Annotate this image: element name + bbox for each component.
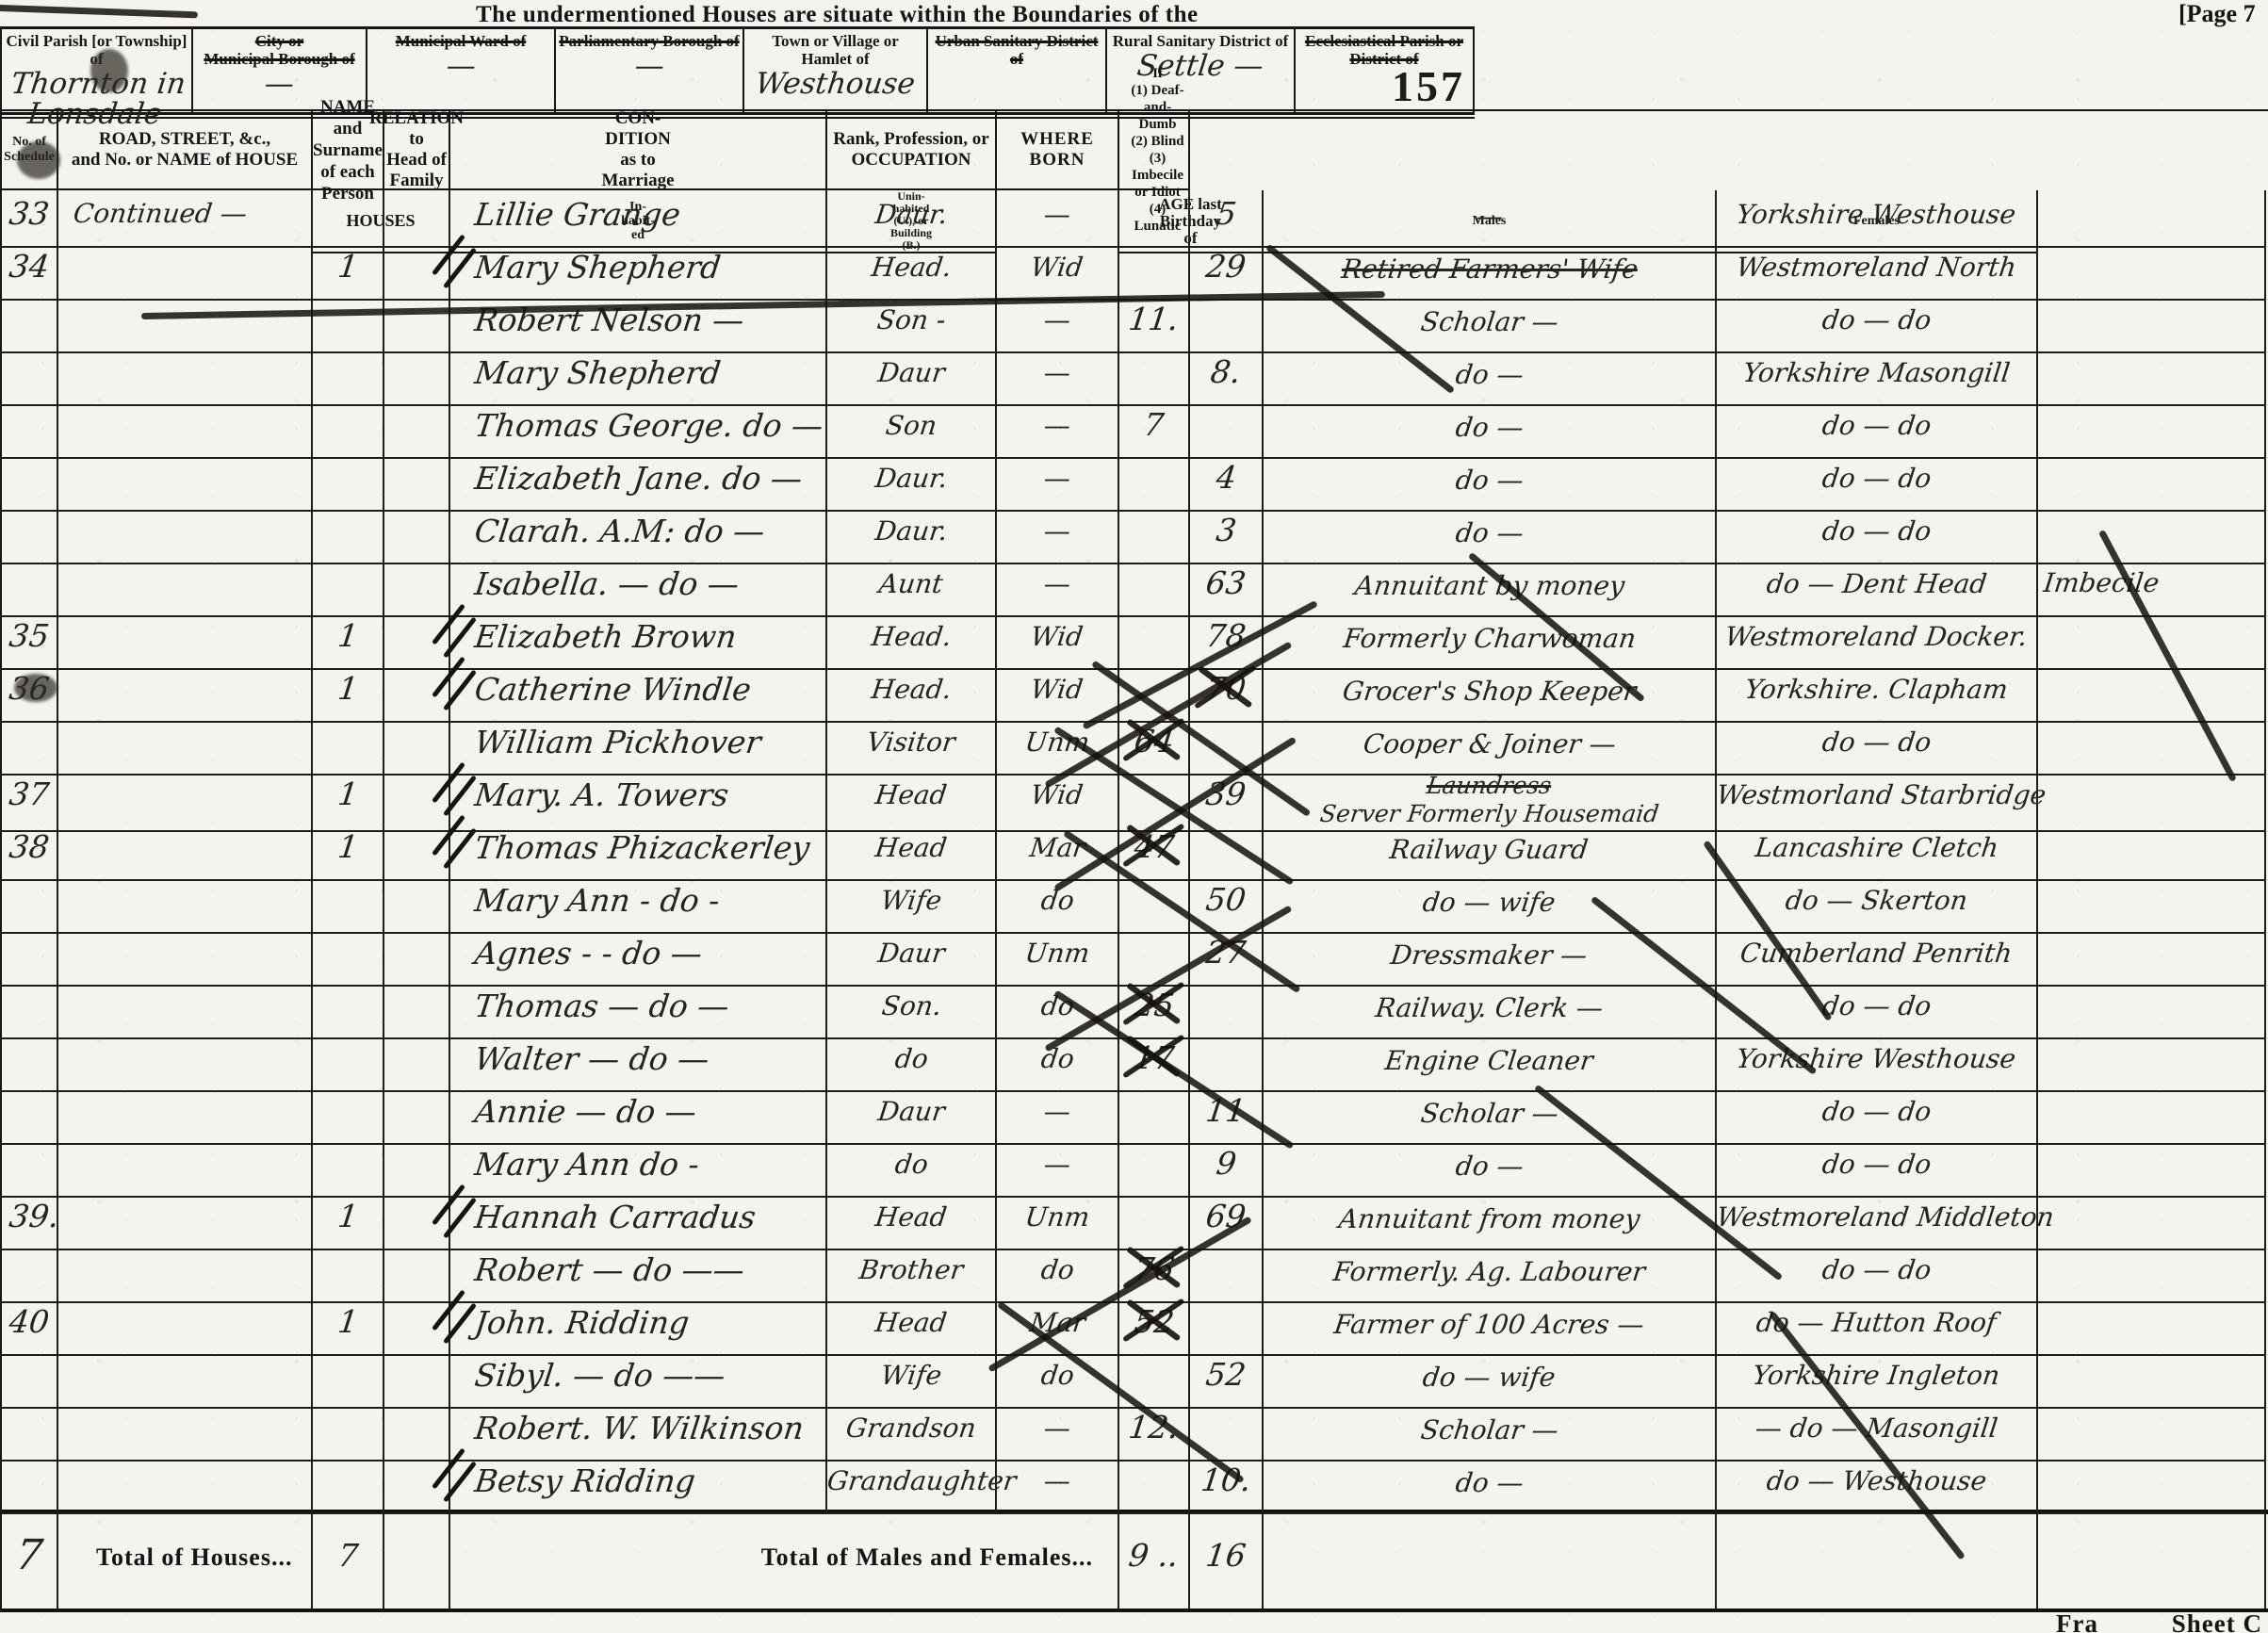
census-row: Thomas George. do —Son—7do —do — do: [2, 401, 2268, 454]
road-cell: [58, 1035, 313, 1092]
relation: Daur: [875, 1087, 948, 1136]
inhabited-cell: [313, 401, 384, 459]
birthplace-cell: Yorkshire Westhouse: [1717, 1035, 2038, 1092]
inhabited-cell: [313, 982, 384, 1039]
header-infirmity: If (1) Deaf-and-Dumb (2) Blind (3) Imbec…: [1119, 111, 1190, 190]
census-row: 33Continued —Lillie GrangeDaur.—5—Yorksh…: [2, 190, 2268, 243]
condition-cell: —: [997, 401, 1119, 459]
person-name: Thomas — do —: [472, 982, 732, 1031]
occupation: Formerly. Ag. Labourer: [1330, 1249, 1648, 1296]
census-row: Clarah. A.M: do —Daur.—3do —do — do: [2, 507, 2268, 560]
header-road: ROAD, STREET, &c., and No. or NAME of HO…: [58, 111, 313, 190]
name-cell: Thomas Phizackerley: [450, 824, 827, 881]
occupation: do —: [1453, 510, 1526, 557]
inhabited-cell: [313, 1035, 384, 1092]
birthplace-cell: Yorkshire Westhouse: [1717, 190, 2038, 248]
uninhabited-cell: [384, 1351, 450, 1409]
relation: Head.: [869, 612, 955, 661]
name-cell: Betsy Ridding: [450, 1457, 827, 1514]
page-number: [Page 7: [2178, 0, 2256, 28]
name-cell: Hannah Carradus: [450, 1193, 827, 1250]
age-female-cell: 4: [1190, 454, 1264, 512]
birthplace-cell: Yorkshire Ingleton: [1717, 1351, 2038, 1409]
uninhabited-cell: [384, 929, 450, 987]
uninhabited-cell: [384, 190, 450, 248]
age-female-cell: [1190, 401, 1264, 459]
condition: —: [1041, 1140, 1073, 1189]
occupation-cell: do —: [1264, 349, 1717, 406]
inhabited-mark: 1: [334, 771, 360, 818]
road-cell: [58, 1457, 313, 1514]
person-name: Betsy Ridding: [472, 1457, 698, 1506]
relation: Aunt: [876, 560, 946, 609]
inhabited-cell: [313, 1087, 384, 1145]
relation-cell: Grandson: [827, 1404, 997, 1462]
road-cell: [58, 401, 313, 459]
total-females: 16: [1201, 1514, 1251, 1597]
infirmity: Imbecile: [2041, 560, 2162, 607]
occupation: Retired Farmers' Wife: [1338, 246, 1640, 293]
relation: Head: [873, 1193, 950, 1242]
occupation: Farmer of 100 Acres —: [1331, 1301, 1647, 1348]
birthplace-cell: Cumberland Penrith: [1717, 929, 2038, 987]
road-cell: [58, 876, 313, 934]
schedule-number-cell: 34: [2, 243, 58, 301]
occupation-cell: Railway. Clerk —: [1264, 982, 1717, 1039]
age-male: 52: [1131, 1298, 1176, 1346]
schedule-number-cell: [2, 1351, 58, 1409]
person-name: Sibyl. — do ——: [472, 1351, 728, 1400]
condition-cell: Wid: [997, 612, 1119, 670]
occupation-cell: Scholar —: [1264, 296, 1717, 353]
relation: Head: [873, 1298, 950, 1347]
district-cell: Town or Village or Hamlet ofWesthouse: [744, 29, 928, 112]
inhabited-cell: [313, 507, 384, 564]
name-cell: William Pickhover: [450, 718, 827, 776]
schedule-number-cell: 39.: [2, 1193, 58, 1250]
condition-cell: —: [997, 1404, 1119, 1462]
uninhabited-cell: [384, 454, 450, 512]
condition: Unm: [1022, 1193, 1093, 1242]
occupation-cell: do —: [1264, 1457, 1717, 1514]
uninhabited-cell: [384, 824, 450, 881]
birthplace-cell: do — Westhouse: [1717, 1457, 2038, 1514]
relation-cell: do: [827, 1035, 997, 1092]
person-name: Isabella. — do —: [472, 560, 742, 609]
occupation: Cooper & Joiner —: [1361, 721, 1619, 768]
age-male-cell: [1119, 1457, 1190, 1514]
district-label: Urban Sanitary District of: [928, 32, 1105, 68]
infirmity-cell: [2038, 1246, 2266, 1303]
birthplace: Westmoreland North: [1734, 243, 2019, 292]
road-cell: [58, 1193, 313, 1250]
road-name: Continued —: [71, 190, 250, 237]
age-female: 3: [1213, 507, 1238, 554]
name-cell: Mary Ann do -: [450, 1140, 827, 1198]
district-label: Parliamentary Borough of: [556, 32, 742, 50]
person-name: Elizabeth Jane. do —: [472, 454, 805, 503]
district-label: City or Municipal Borough of: [193, 32, 366, 68]
schedule-number-cell: [2, 1457, 58, 1514]
inhabited-cell: [313, 349, 384, 406]
relation-cell: Daur.: [827, 454, 997, 512]
age-male-cell: 52: [1119, 1298, 1190, 1356]
person-name: Robert. W. Wilkinson: [472, 1404, 807, 1453]
relation: Daur.: [873, 454, 951, 503]
district-cell: Ecclesiastical Parish or District of157: [1296, 29, 1475, 112]
census-row: Sibyl. — do ——Wifedo52do — wifeYorkshire…: [2, 1351, 2268, 1404]
occupation: Scholar —: [1418, 299, 1561, 346]
condition-cell: —: [997, 1140, 1119, 1198]
person-name: William Pickhover: [472, 718, 764, 767]
uninhabited-cell: [384, 1140, 450, 1198]
birthplace-cell: do — do: [1717, 1246, 2038, 1303]
age-female: 8.: [1208, 349, 1244, 396]
condition-cell: —: [997, 507, 1119, 564]
occupation-cell: Engine Cleaner: [1264, 1035, 1717, 1092]
schedule-number-cell: 33: [2, 190, 58, 248]
infirmity-cell: [2038, 1404, 2266, 1462]
column-headers: No. of Schedule ROAD, STREET, &c., and N…: [2, 109, 2268, 190]
name-cell: Clarah. A.M: do —: [450, 507, 827, 564]
occupation-cell: do — wife: [1264, 876, 1717, 934]
person-name: Mary Shepherd: [472, 243, 724, 292]
person-name: Thomas George. do —: [472, 401, 826, 450]
road-cell: [58, 454, 313, 512]
relation: Son.: [878, 982, 943, 1031]
age-male-cell: 25: [1119, 982, 1190, 1039]
person-name: Mary Shepherd: [472, 349, 724, 398]
uninhabited-cell: [384, 401, 450, 459]
inhabited-mark: 1: [334, 1298, 360, 1346]
infirmity-cell: [2038, 349, 2266, 406]
road-cell: [58, 296, 313, 353]
age-male-cell: [1119, 929, 1190, 987]
uninhabited-cell: [384, 296, 450, 353]
schedule-number: 37: [7, 771, 52, 818]
age-male: 7: [1141, 401, 1167, 449]
census-row: Agnes - - do —DaurUnm27Dressmaker —Cumbe…: [2, 929, 2268, 982]
condition: Wid: [1028, 665, 1086, 714]
person-name: Lillie Grange: [472, 190, 683, 239]
condition: —: [1041, 454, 1073, 503]
infirmity-cell: [2038, 824, 2266, 881]
occupation-cell: Grocer's Shop Keeper: [1264, 665, 1717, 723]
schedule-number: 40: [7, 1298, 52, 1346]
person-name: John. Ridding: [472, 1298, 693, 1347]
schedule-number-cell: 40: [2, 1298, 58, 1356]
birthplace-cell: Yorkshire. Clapham: [1717, 665, 2038, 723]
occupation: Dressmaker —: [1388, 932, 1590, 979]
inhabited-mark: 1: [334, 612, 360, 660]
uninhabited-cell: [384, 1404, 450, 1462]
age-male-cell: 7: [1119, 401, 1190, 459]
birthplace-cell: do — do: [1717, 718, 2038, 776]
name-cell: Elizabeth Jane. do —: [450, 454, 827, 512]
relation-cell: Daur: [827, 1087, 997, 1145]
relation: Wife: [878, 876, 945, 925]
census-row: Isabella. — do —Aunt—63Annuitant by mone…: [2, 560, 2268, 612]
name-cell: Robert — do ——: [450, 1246, 827, 1303]
census-rows: 33Continued —Lillie GrangeDaur.—5—Yorksh…: [2, 190, 2268, 1510]
schedule-number-cell: [2, 1087, 58, 1145]
person-name: Robert — do ——: [472, 1246, 747, 1295]
age-female-cell: [1190, 1246, 1264, 1303]
birthplace: do — do: [1819, 454, 1934, 503]
relation-cell: Head: [827, 824, 997, 881]
birthplace: Yorkshire Masongill: [1740, 349, 2013, 398]
uninhabited-cell: [384, 349, 450, 406]
road-cell: [58, 243, 313, 301]
age-male-cell: [1119, 349, 1190, 406]
schedule-number-cell: [2, 929, 58, 987]
age-male-cell: [1119, 1087, 1190, 1145]
name-cell: Catherine Windle: [450, 665, 827, 723]
schedule-number-cell: [2, 454, 58, 512]
district-label: Town or Village or Hamlet of: [744, 32, 926, 68]
district-cell: Urban Sanitary District of: [928, 29, 1107, 112]
condition-cell: —: [997, 190, 1119, 248]
district-value: —: [633, 51, 666, 81]
condition-cell: —: [997, 560, 1119, 617]
census-scan-page: The undermentioned Houses are situate wi…: [0, 0, 2268, 1633]
condition: —: [1041, 401, 1073, 450]
birthplace: do — do: [1819, 1246, 1934, 1295]
schedule-number-cell: [2, 718, 58, 776]
birthplace: do — do: [1819, 507, 1934, 556]
relation-cell: Aunt: [827, 560, 997, 617]
occupation-cell: do —: [1264, 454, 1717, 512]
age-female: 52: [1203, 1351, 1248, 1398]
header-where-born: WHERE BORN: [997, 111, 1119, 190]
age-male-cell: [1119, 243, 1190, 301]
page-title: The undermentioned Houses are situate wi…: [476, 2, 1199, 28]
district-value: Westhouse: [754, 69, 917, 99]
occupation: do —: [1453, 457, 1526, 504]
occupation-cell: Farmer of 100 Acres —: [1264, 1298, 1717, 1356]
footer-fragment-left: Fra: [2056, 1609, 2098, 1633]
census-row: Elizabeth Jane. do —Daur.—4do —do — do: [2, 454, 2268, 507]
schedule-number-cell: [2, 401, 58, 459]
inhabited-cell: [313, 1351, 384, 1409]
infirmity-cell: [2038, 1087, 2266, 1145]
district-value: —: [445, 51, 478, 81]
occupation: do — wife: [1420, 1354, 1558, 1401]
uninhabited-cell: [384, 665, 450, 723]
relation: Head: [873, 771, 950, 820]
census-row: Betsy RiddingGrandaughter—10.do —do — We…: [2, 1457, 2268, 1510]
infirmity-cell: [2038, 982, 2266, 1039]
schedule-number-cell: [2, 1246, 58, 1303]
age-male: 11.: [1126, 296, 1182, 343]
relation: Grandson: [843, 1404, 979, 1453]
condition: —: [1041, 190, 1073, 239]
name-cell: Elizabeth Brown: [450, 612, 827, 670]
age-female-cell: 8.: [1190, 349, 1264, 406]
inhabited-cell: 1: [313, 1298, 384, 1356]
condition: do: [1037, 1246, 1076, 1295]
uninhabited-cell: [384, 718, 450, 776]
occupation-cell: do —: [1264, 401, 1717, 459]
uninhabited-cell: [384, 1193, 450, 1250]
infirmity-cell: [2038, 1035, 2266, 1092]
relation-cell: Head.: [827, 243, 997, 301]
schedule-number-cell: 35: [2, 612, 58, 670]
age-male-cell: [1119, 1193, 1190, 1250]
schedule-number-cell: [2, 1035, 58, 1092]
schedule-number-cell: [2, 349, 58, 406]
infirmity-cell: [2038, 1193, 2266, 1250]
birthplace: do — Westhouse: [1764, 1457, 1990, 1506]
infirmity-cell: [2038, 665, 2266, 723]
condition: —: [1041, 349, 1073, 398]
relation: Daur.: [873, 190, 951, 239]
infirmity-cell: [2038, 296, 2266, 353]
relation-cell: Wife: [827, 876, 997, 934]
inhabited-cell: [313, 454, 384, 512]
condition: —: [1041, 1457, 1073, 1506]
name-cell: Mary Shepherd: [450, 243, 827, 301]
age-male-cell: [1119, 1140, 1190, 1198]
uninhabited-cell: [384, 612, 450, 670]
road-cell: [58, 507, 313, 564]
name-cell: Sibyl. — do ——: [450, 1351, 827, 1409]
age-female: 4: [1213, 454, 1238, 501]
birthplace-cell: do — do: [1717, 1140, 2038, 1198]
birthplace-cell: do — do: [1717, 401, 2038, 459]
road-cell: [58, 1140, 313, 1198]
birthplace: do — do: [1819, 982, 1934, 1031]
birthplace-cell: Westmoreland North: [1717, 243, 2038, 301]
road-cell: [58, 929, 313, 987]
birthplace-cell: Westmoreland Docker.: [1717, 612, 2038, 670]
occupation: do — wife: [1420, 879, 1558, 926]
age-female-cell: 69: [1190, 1193, 1264, 1250]
schedule-number-cell: [2, 560, 58, 617]
birthplace: do — do: [1819, 1087, 1934, 1136]
sheet-footer: Fra Sheet C: [1990, 1609, 2262, 1633]
road-cell: [58, 1404, 313, 1462]
birthplace: Westmoreland Middleton: [1714, 1193, 2057, 1242]
inhabited-mark: 1: [334, 243, 360, 290]
district-cell: Municipal Ward of—: [367, 29, 556, 112]
relation: Daur: [875, 349, 948, 398]
person-name: Thomas Phizackerley: [472, 824, 812, 873]
relation-cell: Daur.: [827, 190, 997, 248]
total-schedules: 7: [11, 1514, 48, 1597]
occupation: Grocer's Shop Keeper: [1340, 668, 1639, 715]
infirmity-cell: [2038, 454, 2266, 512]
inhabited-cell: 1: [313, 824, 384, 881]
uninhabited-cell: [384, 1087, 450, 1145]
schedule-number: 39.: [7, 1193, 62, 1240]
occupation-cell: Scholar —: [1264, 1087, 1717, 1145]
uninhabited-cell: [384, 1035, 450, 1092]
ink-blot: [14, 674, 57, 702]
person-name: Mary. A. Towers: [472, 771, 731, 820]
footer-fragment-right: Sheet C: [2172, 1609, 2262, 1633]
birthplace: Lancashire Cletch: [1752, 824, 2000, 873]
birthplace-cell: do — do: [1717, 507, 2038, 564]
infirmity-cell: [2038, 401, 2266, 459]
relation-cell: Wife: [827, 1351, 997, 1409]
district-cell: Parliamentary Borough of—: [556, 29, 744, 112]
schedule-number-cell: [2, 982, 58, 1039]
relation-cell: do: [827, 1140, 997, 1198]
birthplace-cell: do — do: [1717, 296, 2038, 353]
condition: —: [1041, 1087, 1073, 1136]
relation-cell: Daur: [827, 349, 997, 406]
inhabited-cell: 1: [313, 243, 384, 301]
age-male-cell: [1119, 454, 1190, 512]
occupation-cell: Scholar —: [1264, 1404, 1717, 1462]
relation-cell: Daur.: [827, 507, 997, 564]
census-row: 39.1Hannah CarradusHeadUnm69Annuitant fr…: [2, 1193, 2268, 1246]
census-table: No. of Schedule ROAD, STREET, &c., and N…: [0, 109, 2268, 1612]
total-males: 9 ..: [1124, 1514, 1183, 1597]
inhabited-mark: 1: [334, 824, 360, 871]
condition-cell: —: [997, 1457, 1119, 1514]
relation-cell: Visitor: [827, 718, 997, 776]
birthplace-cell: Lancashire Cletch: [1717, 824, 2038, 881]
condition: —: [1041, 507, 1073, 556]
infirmity-cell: [2038, 718, 2266, 776]
birthplace: Westmoreland Docker.: [1722, 612, 2031, 661]
census-row: Robert Nelson —Son -—11.Scholar —do — do: [2, 296, 2268, 349]
schedule-number-cell: [2, 876, 58, 934]
relation-cell: Grandaughter: [827, 1457, 997, 1514]
person-name: Agnes - - do —: [472, 929, 705, 978]
person-name: Annie — do —: [472, 1087, 699, 1136]
age-female-cell: 52: [1190, 1351, 1264, 1409]
occupation: do —: [1453, 1460, 1526, 1507]
occupation-cell: Railway Guard: [1264, 824, 1717, 881]
census-row: 341Mary ShepherdHead.Wid29Retired Farmer…: [2, 243, 2268, 296]
birthplace-cell: Yorkshire Masongill: [1717, 349, 2038, 406]
road-cell: [58, 1087, 313, 1145]
ink-stroke: [0, 4, 198, 18]
age-female-cell: 5: [1190, 190, 1264, 248]
inhabited-cell: 1: [313, 665, 384, 723]
name-cell: Walter — do —: [450, 1035, 827, 1092]
occupation-cell: Cooper & Joiner —: [1264, 718, 1717, 776]
infirmity-cell: [2038, 1140, 2266, 1198]
uninhabited-cell: [384, 1246, 450, 1303]
age-female: 29: [1203, 243, 1248, 290]
road-cell: Continued —: [58, 190, 313, 248]
inhabited-cell: [313, 929, 384, 987]
infirmity-cell: [2038, 1457, 2266, 1514]
infirmity-cell: [2038, 243, 2266, 301]
occupation: do —: [1453, 351, 1526, 399]
ink-blot: [17, 141, 60, 179]
age-female: 9: [1213, 1140, 1238, 1187]
district-value: —: [263, 69, 296, 99]
schedule-number: 38: [7, 824, 52, 871]
inhabited-cell: [313, 1246, 384, 1303]
relation: Visitor: [864, 718, 958, 767]
uninhabited-cell: [384, 1298, 450, 1356]
occupation-cell: Formerly. Ag. Labourer: [1264, 1246, 1717, 1303]
schedule-number-cell: 38: [2, 824, 58, 881]
uninhabited-cell: [384, 982, 450, 1039]
name-cell: Thomas George. do —: [450, 401, 827, 459]
age-female-cell: 29: [1190, 243, 1264, 301]
inhabited-cell: [313, 296, 384, 353]
occupation-cell: Formerly Charwoman: [1264, 612, 1717, 670]
birthplace: do — do: [1819, 296, 1934, 345]
condition: —: [1041, 560, 1073, 609]
